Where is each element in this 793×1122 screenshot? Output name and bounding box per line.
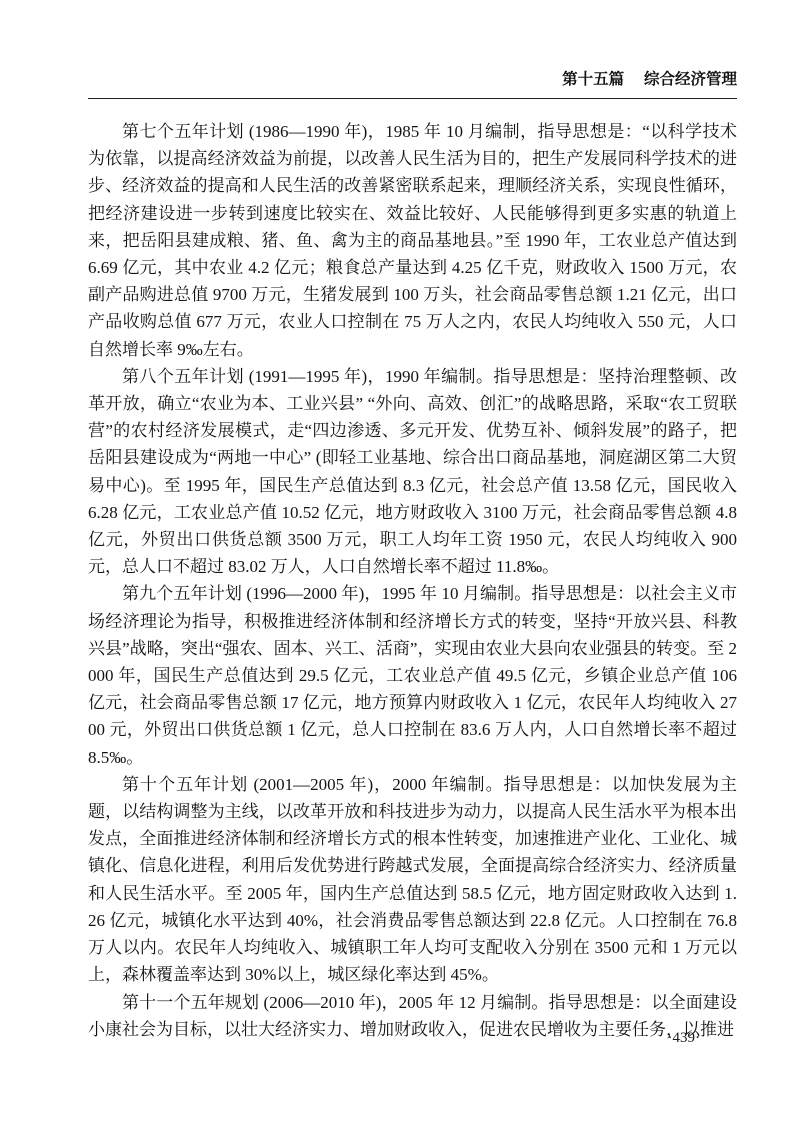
header-section-title: 综合经济管理: [644, 71, 737, 88]
header-rule: [88, 98, 737, 99]
page-number: ·439·: [668, 1030, 701, 1046]
paragraph-tenth-five-year-plan: 第十个五年计划 (2001—2005 年)，2000 年编制。指导思想是：以加快…: [88, 771, 737, 989]
document-page: 第十五篇 综合经济管理 第七个五年计划 (1986—1990 年)，1985 年…: [0, 0, 793, 1122]
header-part-label: 第十五篇: [562, 71, 624, 88]
paragraph-eleventh-five-year-plan: 第十一个五年规划 (2006—2010 年)，2005 年 12 月编制。指导思…: [88, 989, 737, 1043]
page-header: 第十五篇 综合经济管理: [88, 70, 737, 90]
document-body: 第七个五年计划 (1986—1990 年)，1985 年 10 月编制，指导思想…: [88, 118, 737, 1043]
paragraph-ninth-five-year-plan: 第九个五年计划 (1996—2000 年)，1995 年 10 月编制。指导思想…: [88, 580, 737, 770]
paragraph-seventh-five-year-plan: 第七个五年计划 (1986—1990 年)，1985 年 10 月编制，指导思想…: [88, 118, 737, 363]
page-footer: ·439·: [668, 1030, 701, 1047]
paragraph-eighth-five-year-plan: 第八个五年计划 (1991—1995 年)，1990 年编制。指导思想是：坚持治…: [88, 363, 737, 581]
